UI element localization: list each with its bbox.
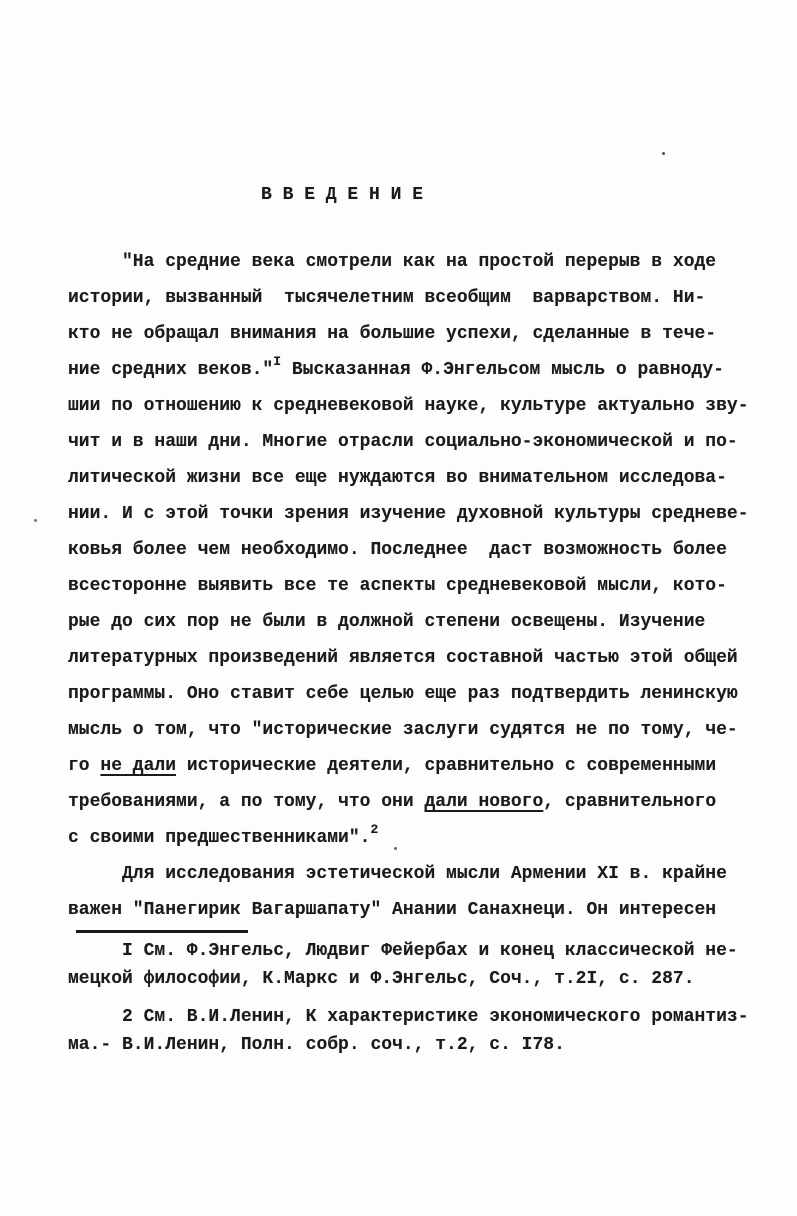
body-line: нии. И с этой точки зрения изучение духо…	[68, 496, 747, 532]
underlined-text: дали нового	[424, 792, 543, 812]
footnote-reference: 2	[370, 822, 378, 837]
body-line: литической жизни все еще нуждаются во вн…	[68, 460, 747, 496]
text-segment: мысль о том, что "исторические заслуги с…	[68, 720, 738, 740]
body-line: литературных произведений является соста…	[68, 640, 747, 676]
body-line: важен "Панегирик Вагаршапату" Анании Сан…	[68, 892, 747, 928]
text-segment: ние средних веков."	[68, 360, 273, 380]
scan-speck	[662, 152, 665, 155]
text-segment: шии по отношению к средневековой науке, …	[68, 396, 749, 416]
text-segment: программы. Оно ставит себе целью еще раз…	[68, 684, 738, 704]
text-segment: "На средние века смотрели как на простой…	[122, 252, 716, 272]
text-segment: го	[68, 756, 100, 776]
body-line: шии по отношению к средневековой науке, …	[68, 388, 747, 424]
body-line: требованиями, а по тому, что они дали но…	[68, 784, 747, 820]
body-line: чит и в наши дни. Многие отрасли социаль…	[68, 424, 747, 460]
body-line: "На средние века смотрели как на простой…	[68, 244, 747, 280]
body-line: кто не обращал внимания на большие успех…	[68, 316, 747, 352]
text-segment: исторические деятели, сравнительно с сов…	[176, 756, 716, 776]
text-segment: кто не обращал внимания на большие успех…	[68, 324, 716, 344]
text-segment: литературных произведений является соста…	[68, 648, 738, 668]
footnotes: I См. Ф.Энгельс, Людвиг Фейербах и конец…	[68, 937, 747, 1059]
text-segment: истории, вызванный тысячелетним всеобщим…	[68, 288, 705, 308]
text-segment: Для исследования эстетической мысли Арме…	[122, 864, 727, 884]
body-line: всесторонне выявить все те аспекты средн…	[68, 568, 747, 604]
footnote-line: 2 См. В.И.Ленин, К характеристике эконом…	[68, 1003, 747, 1031]
body-line: программы. Оно ставит себе целью еще раз…	[68, 676, 747, 712]
text-segment: , сравнительного	[543, 792, 716, 812]
text-segment: всесторонне выявить все те аспекты средн…	[68, 576, 727, 596]
body-line: ковья более чем необходимо. Последнее да…	[68, 532, 747, 568]
footnote-reference: I	[273, 354, 281, 369]
text-segment: чит и в наши дни. Многие отрасли социаль…	[68, 432, 738, 452]
underlined-text: не дали	[100, 756, 176, 776]
footnote: I См. Ф.Энгельс, Людвиг Фейербах и конец…	[68, 937, 747, 993]
footnote-line: мецкой философии, К.Маркс и Ф.Энгельс, С…	[68, 965, 747, 993]
page-content: В В Е Д Е Н И Е "На средние века смотрел…	[0, 183, 797, 1059]
footnote: 2 См. В.И.Ленин, К характеристике эконом…	[68, 1003, 747, 1059]
text-segment: нии. И с этой точки зрения изучение духо…	[68, 504, 749, 524]
body-line: го не дали исторические деятели, сравнит…	[68, 748, 747, 784]
text-segment: важен "Панегирик Вагаршапату" Анании Сан…	[68, 900, 716, 920]
body-line: истории, вызванный тысячелетним всеобщим…	[68, 280, 747, 316]
body-line: мысль о том, что "исторические заслуги с…	[68, 712, 747, 748]
text-segment: Высказанная Ф.Энгельсом мысль о равноду-	[281, 360, 724, 380]
text-segment: с своими предшественниками".	[68, 828, 370, 848]
page-title: В В Е Д Е Н И Е	[261, 183, 747, 207]
body-line: рые до сих пор не были в должной степени…	[68, 604, 747, 640]
scan-speck	[394, 847, 397, 850]
body-line: ние средних веков."I Высказанная Ф.Энгел…	[68, 352, 747, 388]
body-text: "На средние века смотрели как на простой…	[68, 244, 747, 928]
body-line: с своими предшественниками".2	[68, 820, 747, 856]
text-segment: рые до сих пор не были в должной степени…	[68, 612, 705, 632]
body-line: Для исследования эстетической мысли Арме…	[68, 856, 747, 892]
text-segment: ковья более чем необходимо. Последнее да…	[68, 540, 727, 560]
footnote-line: I См. Ф.Энгельс, Людвиг Фейербах и конец…	[68, 937, 747, 965]
footnote-separator	[76, 930, 248, 933]
scanned-document-page: В В Е Д Е Н И Е "На средние века смотрел…	[0, 0, 797, 1216]
text-segment: литической жизни все еще нуждаются во вн…	[68, 468, 727, 488]
scan-speck	[34, 519, 37, 522]
footnote-line: ма.- В.И.Ленин, Полн. собр. соч., т.2, с…	[68, 1031, 747, 1059]
text-segment: требованиями, а по тому, что они	[68, 792, 424, 812]
